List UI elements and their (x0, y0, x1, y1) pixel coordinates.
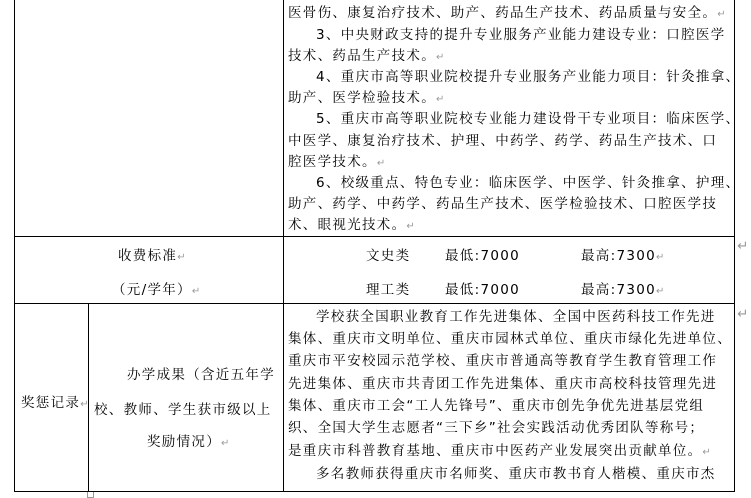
fee-min: 最低:7000 (445, 244, 520, 264)
paragraph-mark: ↵ (192, 286, 200, 297)
paragraph-mark: ↵ (702, 447, 710, 458)
fee-min: 最低:7000 (445, 278, 520, 298)
fee-label: 收费标准 (118, 248, 177, 264)
majors-line: 5、重庆市高等职业院校专业能力建设骨干专业项目：临床医学、 (316, 111, 740, 127)
row-divider-awards-top (14, 303, 735, 304)
paragraph-mark: ↵ (177, 252, 185, 263)
awards-line: 集体、重庆市文明单位、重庆市园林式单位、重庆市绿化先进单位、 (288, 331, 732, 347)
majors-line: 3、中央财政支持的提升专业服务产业能力建设专业：口腔医学 (316, 27, 726, 43)
paragraph-mark: ↵ (717, 9, 725, 20)
awards-label: 奖惩记录 (21, 395, 80, 411)
awards-label-cell: 奖惩记录↵ (21, 391, 89, 411)
table-border-bottom (14, 491, 735, 492)
paragraph-mark: ↵ (436, 52, 444, 63)
paragraph-mark: ↵ (436, 94, 444, 105)
paragraph-mark: ↵ (221, 438, 229, 449)
awards-line: 先进集体、重庆市共青团工作先进集体、重庆市高校科技管理先进 (288, 376, 717, 392)
row-end-mark: ↵ (737, 306, 750, 322)
paragraph-mark: ↵ (656, 252, 664, 263)
majors-line: 助产、药学、中药学、药品生产技术、医学检验技术、口腔医学技 (288, 196, 717, 212)
row-divider-fee-top (14, 236, 735, 237)
majors-line: 6、校级重点、特色专业：临床医学、中医学、针灸推拿、护理、 (316, 175, 740, 191)
majors-line: 术、眼视光技术。 (288, 217, 406, 233)
awards-line: 织、全国大学生志愿者“三下乡”社会实践活动优秀团队等称号； (288, 420, 704, 436)
fee-max: 最高:7300 (581, 248, 656, 264)
awards-line: 多名教师获得重庆市名师奖、重庆市教书育人楷模、重庆市杰 (316, 466, 716, 482)
paragraph-mark: ↵ (656, 286, 664, 297)
table-column-divider (283, 0, 284, 491)
awards-line: 重庆市平安校园示范学校、重庆市普通高等教育学生教育管理工作 (288, 353, 717, 369)
document-page: 医骨伤、康复治疗技术、助产、药品生产技术、药品质量与安全。↵ 3、中央财政支持的… (0, 0, 751, 498)
fee-unit-label: （元/学年） (112, 282, 192, 298)
awards-sublabel-line: 奖励情况） (147, 434, 221, 450)
majors-line: 医骨伤、康复治疗技术、助产、药品生产技术、药品质量与安全。 (288, 5, 717, 21)
paragraph-mark: ↵ (80, 399, 88, 410)
paragraph-mark: ↵ (377, 158, 385, 169)
majors-line: 中医学、康复治疗技术、护理、中药学、药学、药品生产技术、口 (288, 133, 717, 149)
table-border-left (14, 0, 15, 491)
majors-line: 技术、药品生产技术。 (288, 48, 436, 64)
awards-line: 学校获全国职业教育工作先进集体、全国中医药科技工作先进 (316, 309, 716, 325)
paragraph-mark: ↵ (406, 221, 414, 232)
awards-sublabel-line: 办学成果（含近五年学 (127, 363, 275, 383)
majors-line: 助产、医学检验技术。 (288, 90, 436, 106)
fee-max: 最高:7300 (581, 282, 656, 298)
awards-line: 是重庆市科普教育基地、重庆市中医药产业发展突出贡献单位。 (288, 443, 702, 459)
table-end-marker (87, 492, 94, 498)
fee-category: 理工类 (366, 278, 410, 298)
awards-line: 集体、重庆市工会“工人先锋号”、重庆市创先争优先进基层党组 (288, 398, 704, 414)
row-end-mark: ↵ (737, 238, 750, 254)
awards-sublabel-line: 校、教师、学生获市级以上 (94, 398, 272, 418)
majors-line: 腔医学技术。 (288, 154, 377, 170)
fee-category: 文史类 (366, 244, 410, 264)
majors-line: 4、重庆市高等职业院校提升专业服务产业能力项目：针灸推拿、 (316, 69, 740, 85)
